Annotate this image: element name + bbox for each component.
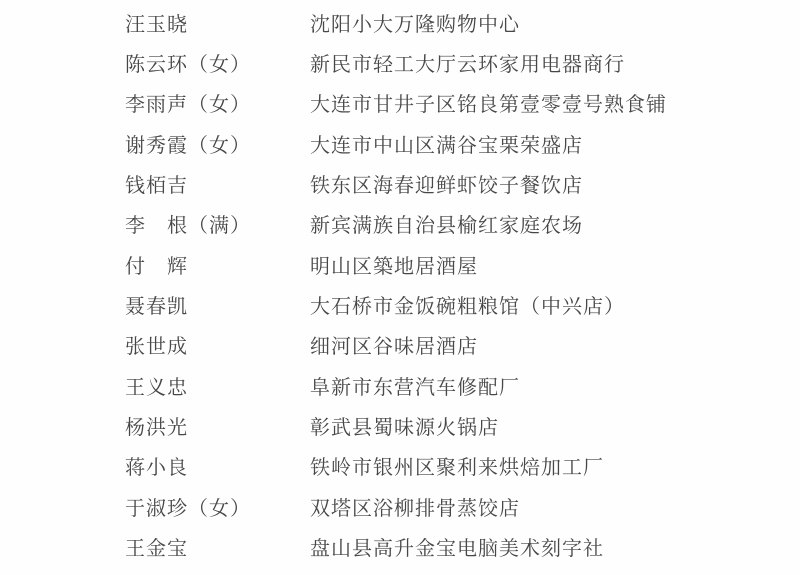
organization-name: 细河区谷味居酒店 [310,330,478,359]
list-item: 钱栢吉 铁东区海春迎鲜虾饺子餐饮店 [0,163,800,203]
roster-list: 汪玉晓 沈阳小大万隆购物中心 陈云环（女） 新民市轻工大厅云环家用电器商行 李雨… [0,0,800,567]
list-item: 杨洪光 彰武县蜀味源火锅店 [0,405,800,445]
list-item: 于淑珍（女） 双塔区浴柳排骨蒸饺店 [0,486,800,526]
organization-name: 双塔区浴柳排骨蒸饺店 [310,492,520,521]
organization-name: 铁东区海春迎鲜虾饺子餐饮店 [310,169,583,198]
person-name: 王金宝 [125,532,310,561]
person-name: 陈云环（女） [125,48,310,77]
person-name: 钱栢吉 [125,169,310,198]
person-name: 李雨声（女） [125,88,310,117]
list-item: 汪玉晓 沈阳小大万隆购物中心 [0,2,800,42]
person-name: 张世成 [125,330,310,359]
person-name: 王义忠 [125,371,310,400]
person-name: 于淑珍（女） [125,492,310,521]
organization-name: 铁岭市银州区聚利来烘焙加工厂 [310,451,604,480]
list-item: 蒋小良 铁岭市银州区聚利来烘焙加工厂 [0,446,800,486]
person-name: 聂春凯 [125,290,310,319]
person-name: 谢秀霞（女） [125,129,310,158]
person-name: 杨洪光 [125,411,310,440]
organization-name: 大连市甘井子区铭良第壹零壹号熟食铺 [310,88,667,117]
list-item: 谢秀霞（女） 大连市中山区满谷宝栗荣盛店 [0,123,800,163]
organization-name: 明山区築地居酒屋 [310,250,478,279]
list-item: 张世成 细河区谷味居酒店 [0,325,800,365]
organization-name: 新民市轻工大厅云环家用电器商行 [310,48,625,77]
list-item: 聂春凯 大石桥市金饭碗粗粮馆（中兴店） [0,284,800,324]
list-item: 李雨声（女） 大连市甘井子区铭良第壹零壹号熟食铺 [0,83,800,123]
organization-name: 新宾满族自治县榆红家庭农场 [310,209,583,238]
document-page: 汪玉晓 沈阳小大万隆购物中心 陈云环（女） 新民市轻工大厅云环家用电器商行 李雨… [0,0,800,575]
person-name: 蒋小良 [125,451,310,480]
person-name: 付 辉 [125,250,310,279]
organization-name: 大石桥市金饭碗粗粮馆（中兴店） [310,290,625,319]
list-item: 付 辉 明山区築地居酒屋 [0,244,800,284]
organization-name: 彰武县蜀味源火锅店 [310,411,499,440]
list-item: 王金宝 盘山县高升金宝电脑美术刻字社 [0,526,800,566]
organization-name: 阜新市东营汽车修配厂 [310,371,520,400]
organization-name: 盘山县高升金宝电脑美术刻字社 [310,532,604,561]
list-item: 陈云环（女） 新民市轻工大厅云环家用电器商行 [0,42,800,82]
person-name: 李 根（满） [125,209,310,238]
list-item: 王义忠 阜新市东营汽车修配厂 [0,365,800,405]
person-name: 汪玉晓 [125,8,310,37]
list-item: 李 根（满） 新宾满族自治县榆红家庭农场 [0,204,800,244]
organization-name: 大连市中山区满谷宝栗荣盛店 [310,129,583,158]
organization-name: 沈阳小大万隆购物中心 [310,8,520,37]
